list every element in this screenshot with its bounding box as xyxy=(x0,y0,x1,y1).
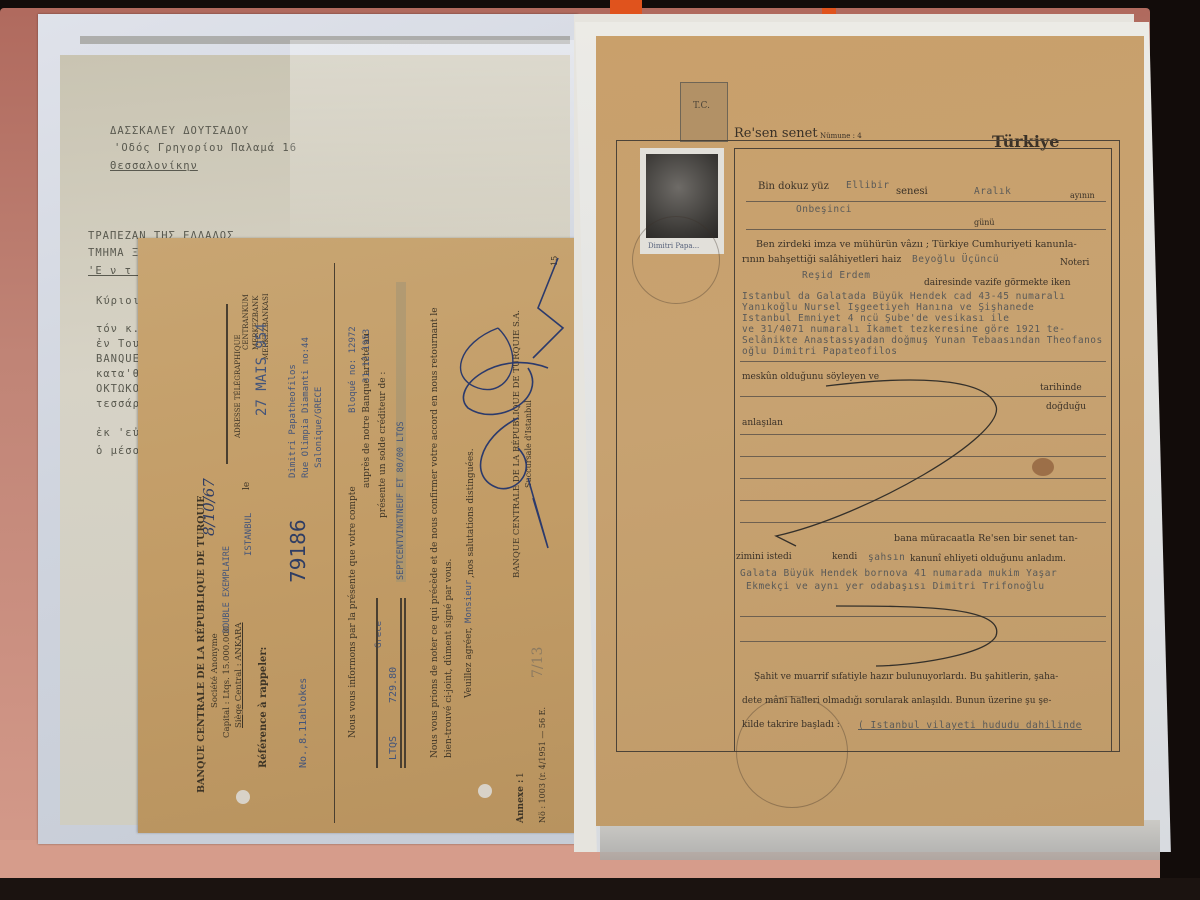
table-surface xyxy=(0,878,1200,900)
annex-label: Annexe : xyxy=(516,780,526,823)
body-line-3: présente un solde créditeur de : xyxy=(378,372,388,518)
sender-name: ΔΑΣΣΚΑΛΕΥ ΔΟΥΤΣΑΔΟΥ xyxy=(110,125,249,137)
sleeve-glare-bottom xyxy=(600,820,1160,860)
amount-words: SEPTCENTVINGTNEUF ET 80/00 LTQS xyxy=(396,421,406,580)
typed-block-line: Selânikte Anastassyadan doğmuş Yunan Teb… xyxy=(742,335,1103,346)
telegraph-value: CENTRANKUM xyxy=(242,294,250,350)
form-line xyxy=(740,361,1106,362)
stamp-label: T.C. xyxy=(693,101,710,111)
typed-header: DOUBLE EXEMPLAIRE xyxy=(222,546,232,633)
addressee-city: Salonique/GRECE xyxy=(314,387,324,468)
orange-tab-marker xyxy=(610,0,642,14)
l2-day: Onbeşinci xyxy=(796,204,852,215)
official-seal-lower xyxy=(736,696,848,808)
addressee-street: Rue Olimpia Diamanti no:44 xyxy=(301,337,311,478)
form-line xyxy=(746,229,1106,230)
head-office: Siège Central : ANKARA xyxy=(234,622,244,728)
amount-rule xyxy=(376,598,378,768)
confirm-text-2: bien-trouvé ci-joint, dûment signé par v… xyxy=(444,559,454,758)
plastic-glare xyxy=(290,40,580,240)
arrete-date: 31.12.1953 xyxy=(362,329,372,383)
l1-mid: senesi xyxy=(896,186,928,197)
l7-suffix: doğduğu xyxy=(1046,402,1086,412)
punch-hole xyxy=(478,784,492,798)
l4-prefix: rının bahşettiği salâhiyetleri haiz xyxy=(742,254,901,265)
cancellation-z-mark xyxy=(756,366,1016,686)
l2-suffix: günü xyxy=(974,218,995,227)
reference-value: No.,8.11ablokes xyxy=(298,678,309,768)
sender-address: 'Οδός Γρηγορίου Παλαμά 16 xyxy=(114,142,297,154)
annex-value: 1 xyxy=(516,772,526,778)
typed-block-line: ve 31/4071 numaralı İkamet tezkeresine g… xyxy=(742,324,1065,335)
l5-suffix: dairesinde vazife görmekte iken xyxy=(924,278,1071,288)
l1-month: Aralık xyxy=(974,186,1011,197)
typed-block-line: Yanıkoğlu Nursel Işgeetiyeh Hanına ve Şi… xyxy=(742,302,1034,313)
handwritten-date: 8/10/67 xyxy=(200,478,218,536)
vertical-rule xyxy=(334,263,335,823)
l6-suffix: tarihinde xyxy=(1040,383,1082,393)
amount-label: LTQS xyxy=(388,736,399,760)
l12: dete mâni halleri olmadığı sorularak anl… xyxy=(742,696,1051,706)
stain-spot xyxy=(1032,458,1054,476)
typed-block-line: Istanbul Emniyet 4 ncü Şube'de vesikası … xyxy=(742,313,1009,324)
amount-double-rule xyxy=(404,598,406,768)
l13-typed: ( Istanbul vilayeti hududu dahilinde xyxy=(858,720,1082,731)
l4-suffix: Noteri xyxy=(1060,258,1089,268)
punch-hole xyxy=(236,790,250,804)
date: 27 MAIS 954 xyxy=(254,323,270,416)
date-prefix: le xyxy=(242,482,252,490)
deed-title: Re'sen senet xyxy=(734,126,818,141)
l1-prefix: Bin dokuz yüz xyxy=(758,181,829,192)
form-line xyxy=(746,201,1106,202)
amount-double-rule xyxy=(400,598,402,768)
city: ISTANBUL xyxy=(244,513,254,556)
telegraph-label: ADRESSE TÉLÉGRAPHIQUE xyxy=(234,334,242,438)
reference-label: Référence à rappeler: xyxy=(258,647,269,768)
sender-city: Θεσσαλονίκην xyxy=(110,160,198,172)
closing: Veuillez agréer, xyxy=(464,627,474,698)
account-typed: Bloqué no: 12972 xyxy=(348,326,358,413)
typed-block-line: Istanbul da Galatada Büyük Hendek cad 43… xyxy=(742,291,1065,302)
turkish-notarial-deed: T.C. Re'sen senet Nümune : 4 Türkiye Dim… xyxy=(596,36,1144,826)
addressee-name: Dimitri Papatheofilos xyxy=(288,364,298,478)
pencil-number: 7/13 xyxy=(530,647,546,678)
closing-typed: Monsieur xyxy=(464,580,474,623)
amount: 729.80 xyxy=(388,667,399,703)
handwritten-signature xyxy=(438,248,588,568)
l1-year: Ellibir xyxy=(846,180,890,191)
typed-block-line: oğlu Dimitri Papateofilos xyxy=(742,346,898,357)
l13-prefix: kilde takrire başladı : xyxy=(742,720,840,730)
handwritten-number: 79186 xyxy=(286,519,310,583)
body-line-1: Nous vous informons par la présente que … xyxy=(348,486,358,738)
capital: Capital : Ltqs. 15.000.000 xyxy=(222,626,232,738)
l4-typed: Beyoğlu Üçüncü xyxy=(912,254,999,265)
company-type: Société Anonyme xyxy=(210,633,220,708)
official-seal xyxy=(632,216,720,304)
form-number: Nö : 1003 (r. 4/1951 — 56 E. xyxy=(538,707,547,823)
bank-name: BANQUE CENTRALE DE LA RÉPUBLIQUE DE TURQ… xyxy=(196,496,207,794)
revenue-stamp: T.C. xyxy=(680,82,728,142)
header-rule xyxy=(226,304,228,464)
bank-statement-slip: BANQUE CENTRALE DE LA RÉPUBLIQUE DE TURQ… xyxy=(138,238,578,833)
l5-typed: Reşid Erdem xyxy=(802,270,870,281)
l3: Ben zirdeki imza ve mühürün vâzıı ; Türk… xyxy=(756,239,1077,250)
l1-suffix: ayının xyxy=(1070,191,1095,200)
form-label: Nümune : 4 xyxy=(820,132,862,140)
